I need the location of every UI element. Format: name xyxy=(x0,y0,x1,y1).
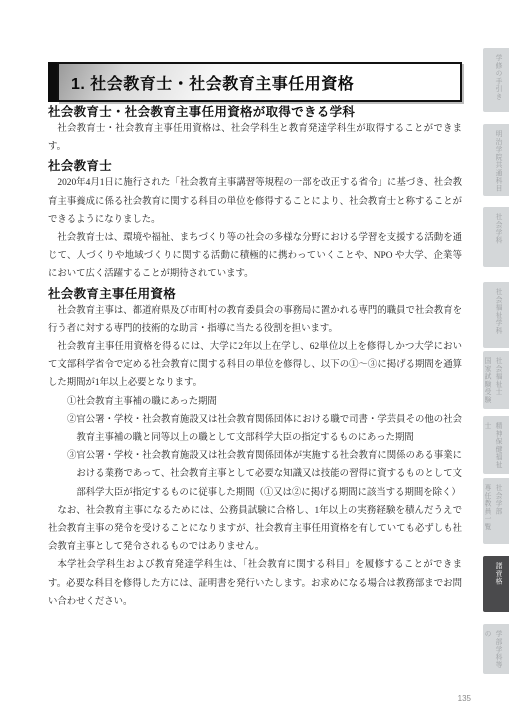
heading-shakai-kyoikushi: 社会教育士 xyxy=(48,156,462,174)
paragraph-shakai-kyoikushi-2: 社会教育士は、環境や福祉、まちづくり等の社会の多様な分野における学習を支援する活… xyxy=(48,229,462,284)
numbered-period-list: ①社会教育主事補の職にあった期間 ②官公署・学校・社会教育施設又は社会教育関係団… xyxy=(57,393,462,502)
page-number: 135 xyxy=(458,694,471,703)
side-tab-faculty-list: 社会学部 専任教員一覧 xyxy=(483,478,509,544)
paragraph-shakai-kyoikushi-1: 2020年4月1日に施行された「社会教育主事講習等規程の一部を改正する省令」に基… xyxy=(48,174,462,229)
paragraph-eligible-departments: 社会教育士・社会教育主事任用資格は、社会学科生と教育発達学科生が取得することがで… xyxy=(48,120,462,156)
paragraph-shuji-1: 社会教育主事は、都道府県及び市町村の教育委員会の事務局に置かれる専門的職員で社会… xyxy=(48,302,462,338)
side-tab-psychiatric-social-worker-exam: 精神保健福祉士 国家試験受験資格 xyxy=(483,416,509,474)
side-tab-social-welfare-dept: 社会福祉学科 xyxy=(483,282,509,348)
heading-shuji-ninyo-shikaku: 社会教育主事任用資格 xyxy=(48,284,462,302)
side-tab-sociology-dept: 社会学科 xyxy=(483,207,509,267)
list-item-3: ③官公署・学校・社会教育施設又は社会教育関係団体が実施する社会教育に関係のある事… xyxy=(57,447,462,502)
list-item-1: ①社会教育主事補の職にあった期間 xyxy=(57,393,462,411)
title-accent-bar xyxy=(48,62,57,102)
chapter-header: 1. 社会教育士・社会教育主事任用資格 xyxy=(48,62,462,102)
side-tab-common-subjects: 明治学院共通科目 xyxy=(483,124,509,196)
paragraph-certificate-info: 本学社会学科生および教育発達学科生は、「社会教育に関する科目」を履修することがで… xyxy=(48,556,462,611)
title-box: 1. 社会教育士・社会教育主事任用資格 xyxy=(57,62,462,102)
list-item-2: ②官公署・学校・社会教育施設又は社会教育関係団体における職で司書・学芸員その他の… xyxy=(57,411,462,447)
side-tab-qualifications-active: 諸資格 xyxy=(483,556,509,612)
side-tab-study-guide: 学修の手引き xyxy=(483,48,509,112)
paragraph-shuji-2: 社会教育主事任用資格を得るには、大学に2年以上在学し、62単位以上を修得しかつ大… xyxy=(48,338,462,393)
main-content: 1. 社会教育士・社会教育主事任用資格 社会教育士・社会教育主事任用資格が取得で… xyxy=(48,0,462,611)
document-page: 1. 社会教育士・社会教育主事任用資格 社会教育士・社会教育主事任用資格が取得で… xyxy=(0,0,509,720)
page-title: 1. 社会教育士・社会教育主事任用資格 xyxy=(59,71,354,94)
side-tab-social-worker-exam: 社会福祉士 国家試験受験資格 xyxy=(483,351,509,409)
heading-eligible-departments: 社会教育士・社会教育主事任用資格が取得できる学科 xyxy=(48,102,462,120)
side-tab-course-allocation-list: 学部学科等の 科目群・配当一覧 xyxy=(483,624,509,674)
paragraph-shuji-note: なお、社会教育主事になるためには、公務員試験に合格し、1年以上の実務経験を積んだ… xyxy=(48,502,462,557)
